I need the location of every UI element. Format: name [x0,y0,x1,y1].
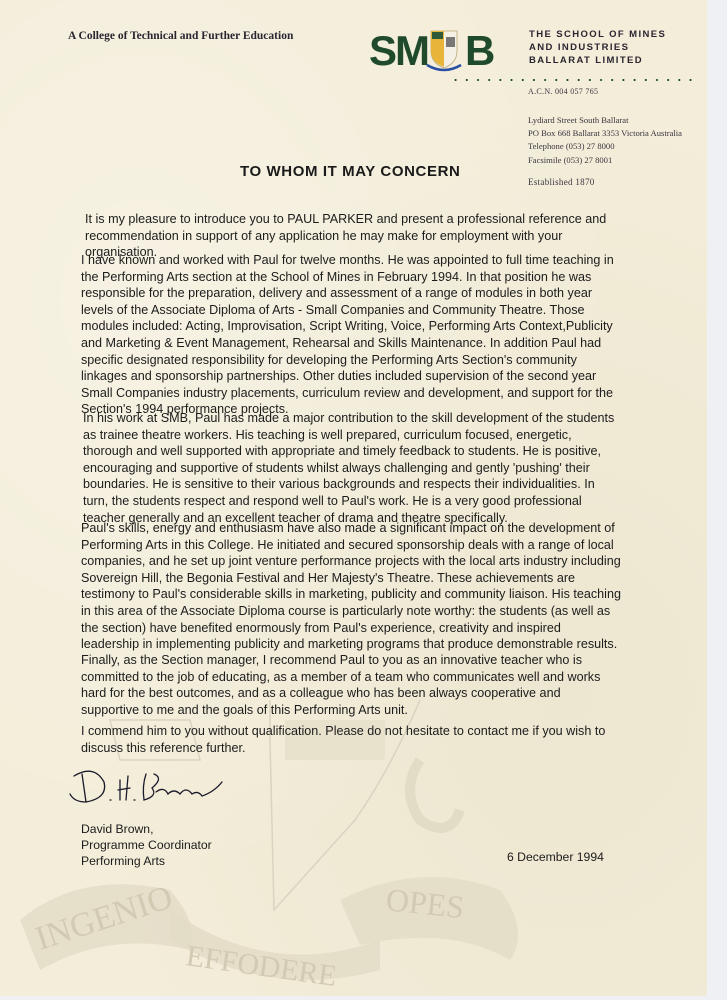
letter-date: 6 December 1994 [507,850,604,864]
signer-name: David Brown, [81,821,212,837]
dotted-divider [450,78,695,82]
signer-title: Programme Coordinator [81,837,212,853]
paragraph-impact: Paul's skills, energy and enthusiasm hav… [81,520,621,653]
svg-text:EFFODERE: EFFODERE [184,939,339,993]
college-tagline: A College of Technical and Further Educa… [68,30,293,42]
smb-logo-icon: SM B [369,25,499,73]
paragraph-closing: I commend him to you without qualificati… [81,723,621,756]
address-facsimile: Facsimile (053) 27 8001 [528,154,682,167]
paragraph-recommendation: Finally, as the Section manager, I recom… [81,652,621,718]
svg-text:B: B [465,27,495,73]
signer-department: Performing Arts [81,853,212,869]
address-block: Lydiard Street South Ballarat PO Box 668… [528,114,682,167]
paragraph-teaching: In his work at SMB, Paul has made a majo… [83,410,623,526]
svg-text:SM: SM [369,27,428,73]
school-name-line: BALLARAT LIMITED [529,54,666,67]
svg-text:OPES: OPES [384,881,466,925]
signature-icon [64,762,244,812]
paragraph-experience: I have known and worked with Paul for tw… [81,252,621,418]
letter-page: INGENIO EFFODERE OPES A College of Techn… [0,0,707,996]
acn-number: A.C.N. 004 057 765 [528,87,598,96]
address-telephone: Telephone (053) 27 8000 [528,140,682,153]
signer-block: David Brown, Programme Coordinator Perfo… [81,821,212,869]
school-name-line: THE SCHOOL OF MINES [529,28,666,41]
address-po-box: PO Box 668 Ballarat 3353 Victoria Austra… [528,127,682,140]
school-name: THE SCHOOL OF MINES AND INDUSTRIES BALLA… [529,28,666,67]
address-street: Lydiard Street South Ballarat [528,114,682,127]
letter-heading: TO WHOM IT MAY CONCERN [240,163,460,180]
svg-text:INGENIO: INGENIO [31,879,177,958]
school-name-line: AND INDUSTRIES [529,41,666,54]
established-year: Established 1870 [528,177,595,187]
